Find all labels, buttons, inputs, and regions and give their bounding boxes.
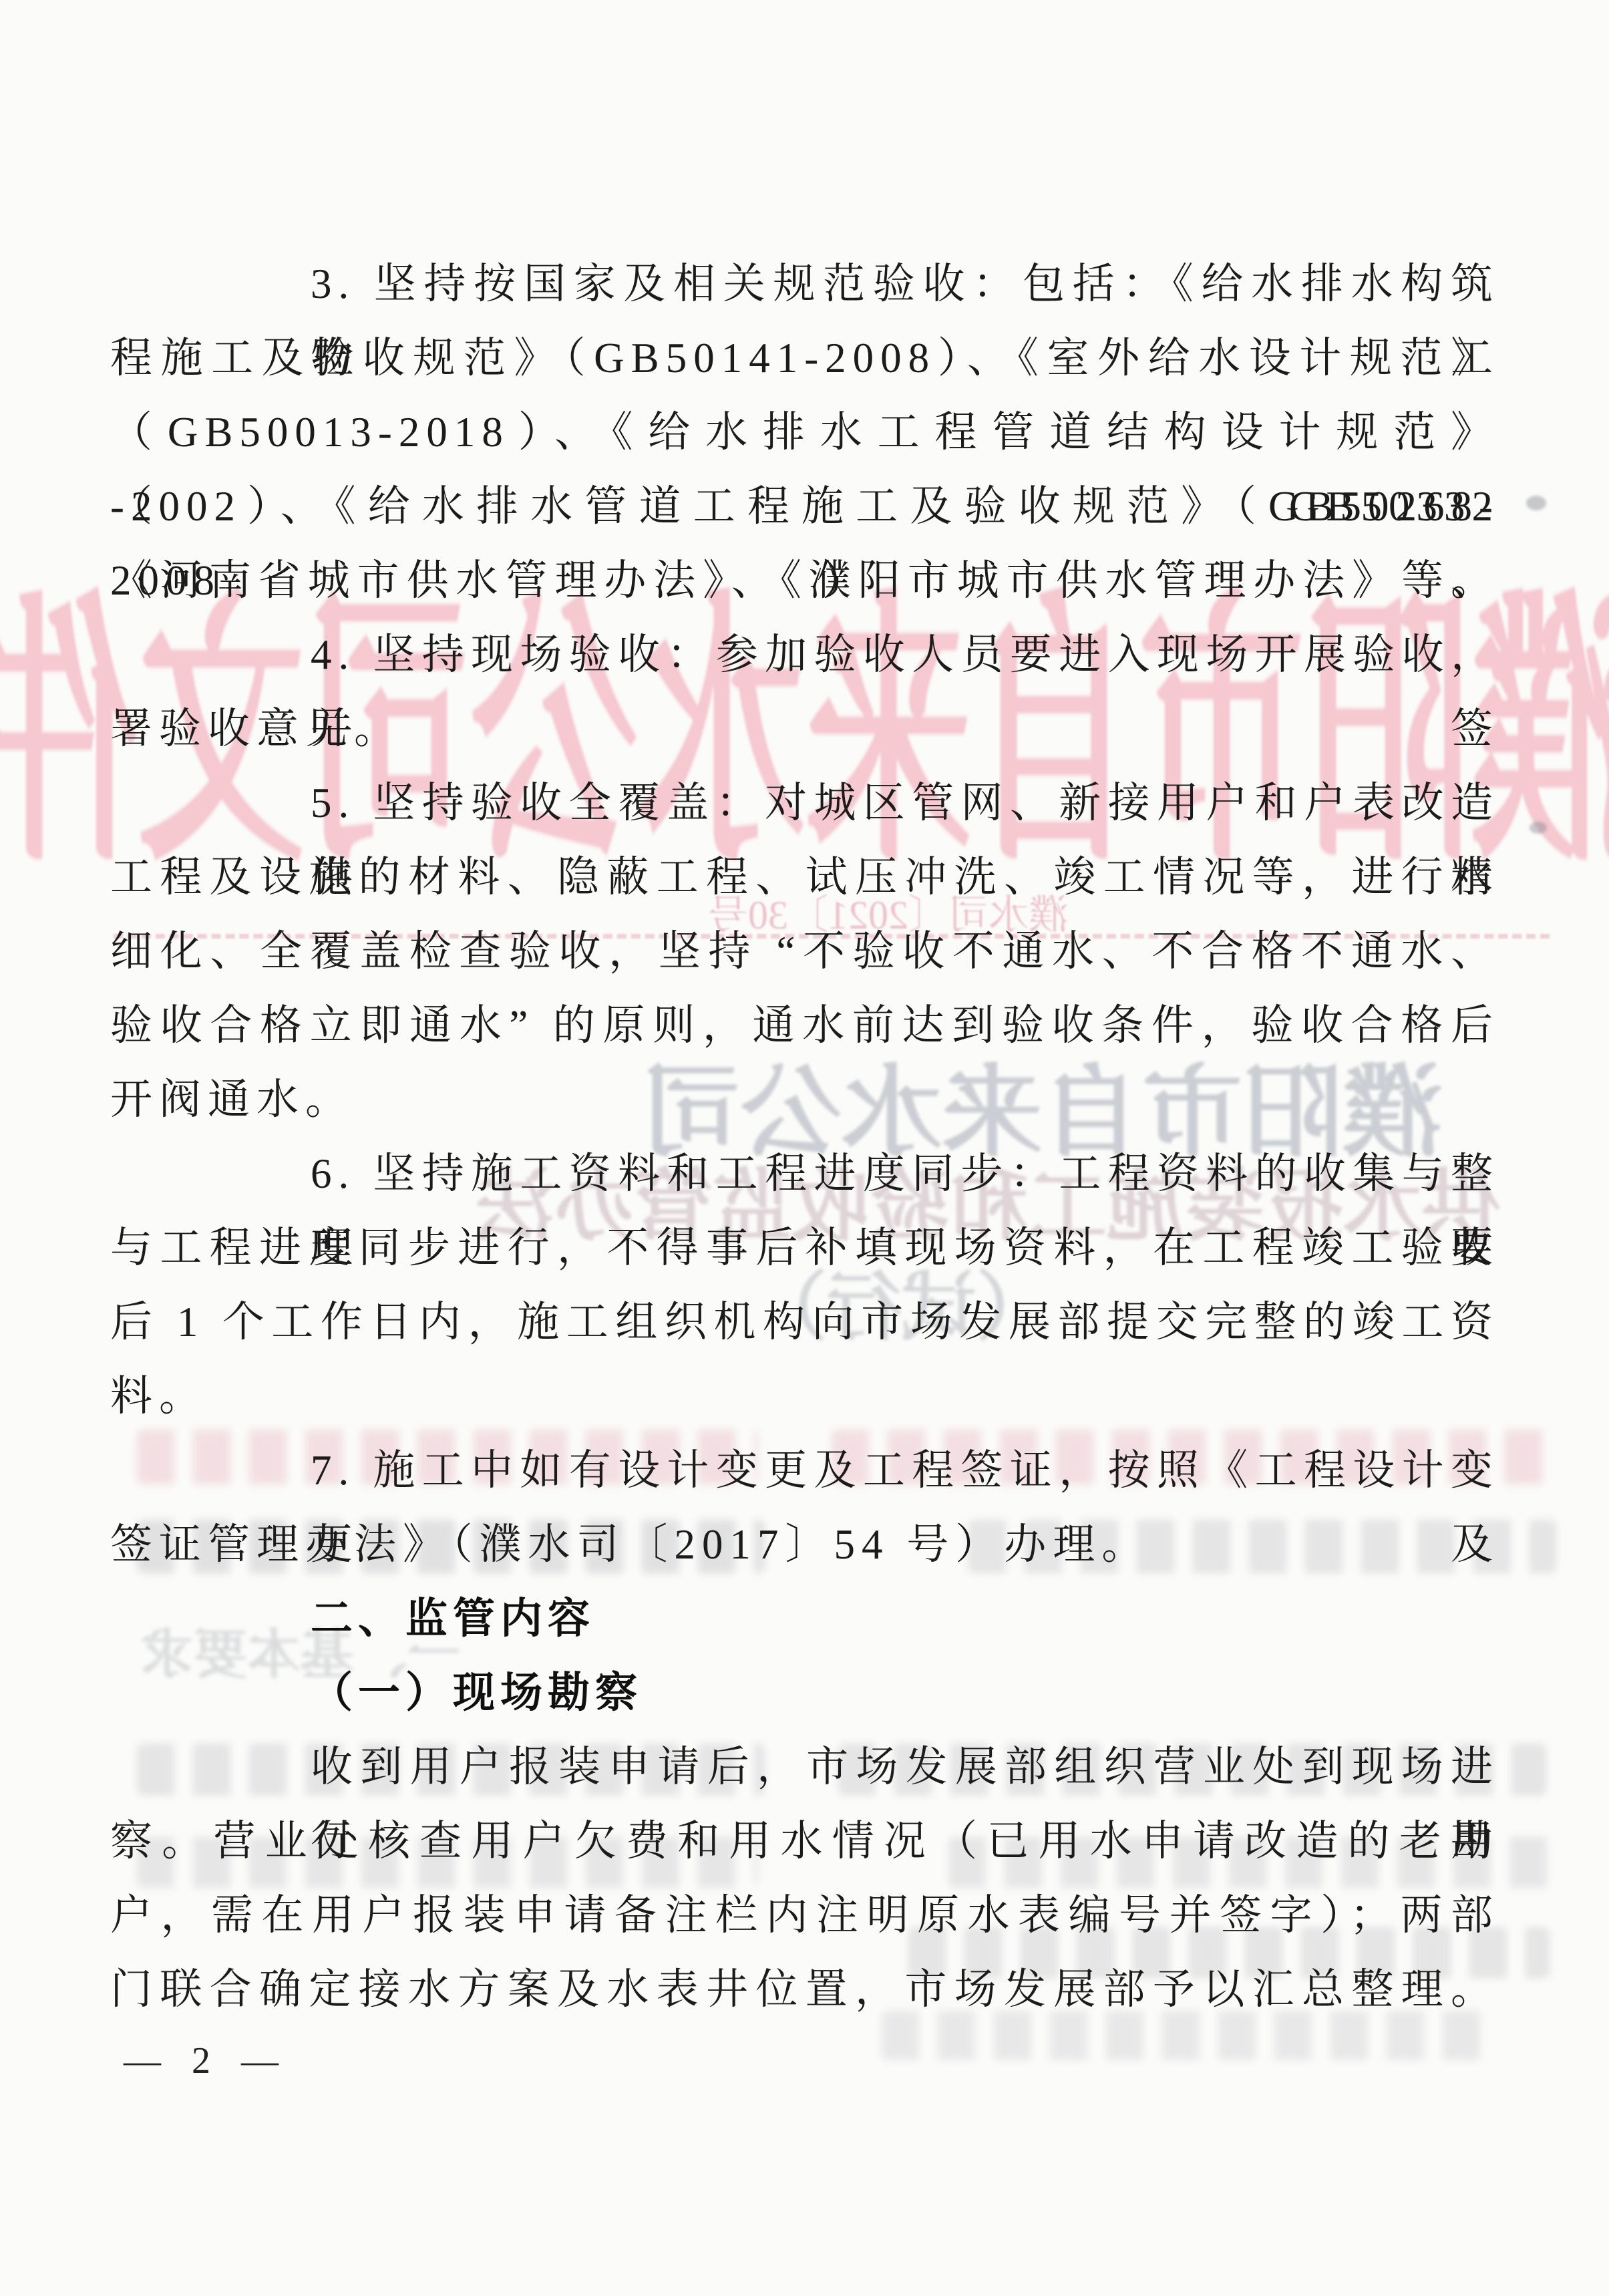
text-line: 4. 坚持现场验收：参加验收人员要进入现场开展验收，并签 xyxy=(110,618,1499,692)
text-line: 3. 坚持按国家及相关规范验收：包括：《给水排水构筑物工 xyxy=(110,247,1499,321)
text-line: 《河南省城市供水管理办法》、《濮阳市城市供水管理办法》等。 xyxy=(110,544,1499,618)
text-line: 工程及设施的材料、隐蔽工程、试压冲洗、竣工情况等，进行精 xyxy=(110,840,1499,915)
scan-speck xyxy=(1530,822,1547,834)
document-body: 3. 坚持按国家及相关规范验收：包括：《给水排水构筑物工程施工及验收规范》（GB… xyxy=(110,247,1499,2027)
text-line: -2002）、《给水排水管道工程施工及验收规范》（GB50268-2008）、 xyxy=(110,470,1499,544)
text-line: 5. 坚持验收全覆盖：对城区管网、新接用户和户表改造供水 xyxy=(110,766,1499,840)
text-line: 户，需在用户报装申请备注栏内注明原水表编号并签字）；两部 xyxy=(110,1878,1499,1953)
text-line: 6. 坚持施工资料和工程进度同步：工程资料的收集与整理要 xyxy=(110,1137,1499,1211)
text-line: 料。 xyxy=(110,1359,1499,1434)
text-line: （GB50013-2018）、《给水排水工程管道结构设计规范》（GB50332 xyxy=(110,395,1499,470)
text-line: 7. 施工中如有设计变更及工程签证，按照《工程设计变更及 xyxy=(110,1434,1499,1508)
text-line: 细化、全覆盖检查验收，坚持 “不验收不通水、不合格不通水、 xyxy=(110,915,1499,989)
page-number: — 2 — xyxy=(124,2027,289,2094)
text-line: 程施工及验收规范》（GB50141-2008）、《室外给水设计规范》 xyxy=(110,321,1499,395)
scanned-document-page: 濮阳市自来水公司文件 濮水司〔2021〕30号 濮阳市自来水公司 供水报装施工和… xyxy=(0,0,1609,2296)
text-line: 收到用户报装申请后，市场发展部组织营业处到现场进行勘 xyxy=(110,1730,1499,1804)
text-line: 后 1 个工作日内，施工组织机构向市场发展部提交完整的竣工资 xyxy=(110,1285,1499,1359)
scan-speck xyxy=(1526,496,1546,510)
text-line: 与工程进度同步进行，不得事后补填现场资料，在工程竣工验收 xyxy=(110,1211,1499,1285)
text-line: 验收合格立即通水” 的原则，通水前达到验收条件，验收合格后 xyxy=(110,989,1499,1063)
text-line: 察。营业处核查用户欠费和用水情况（已用水申请改造的老用 xyxy=(110,1804,1499,1878)
text-line: 开阀通水。 xyxy=(110,1063,1499,1137)
text-line: （一）现场勘察 xyxy=(110,1656,1499,1730)
text-line: 二、监管内容 xyxy=(110,1582,1499,1656)
text-line: 门联合确定接水方案及水表井位置，市场发展部予以汇总整理。 xyxy=(110,1953,1499,2027)
